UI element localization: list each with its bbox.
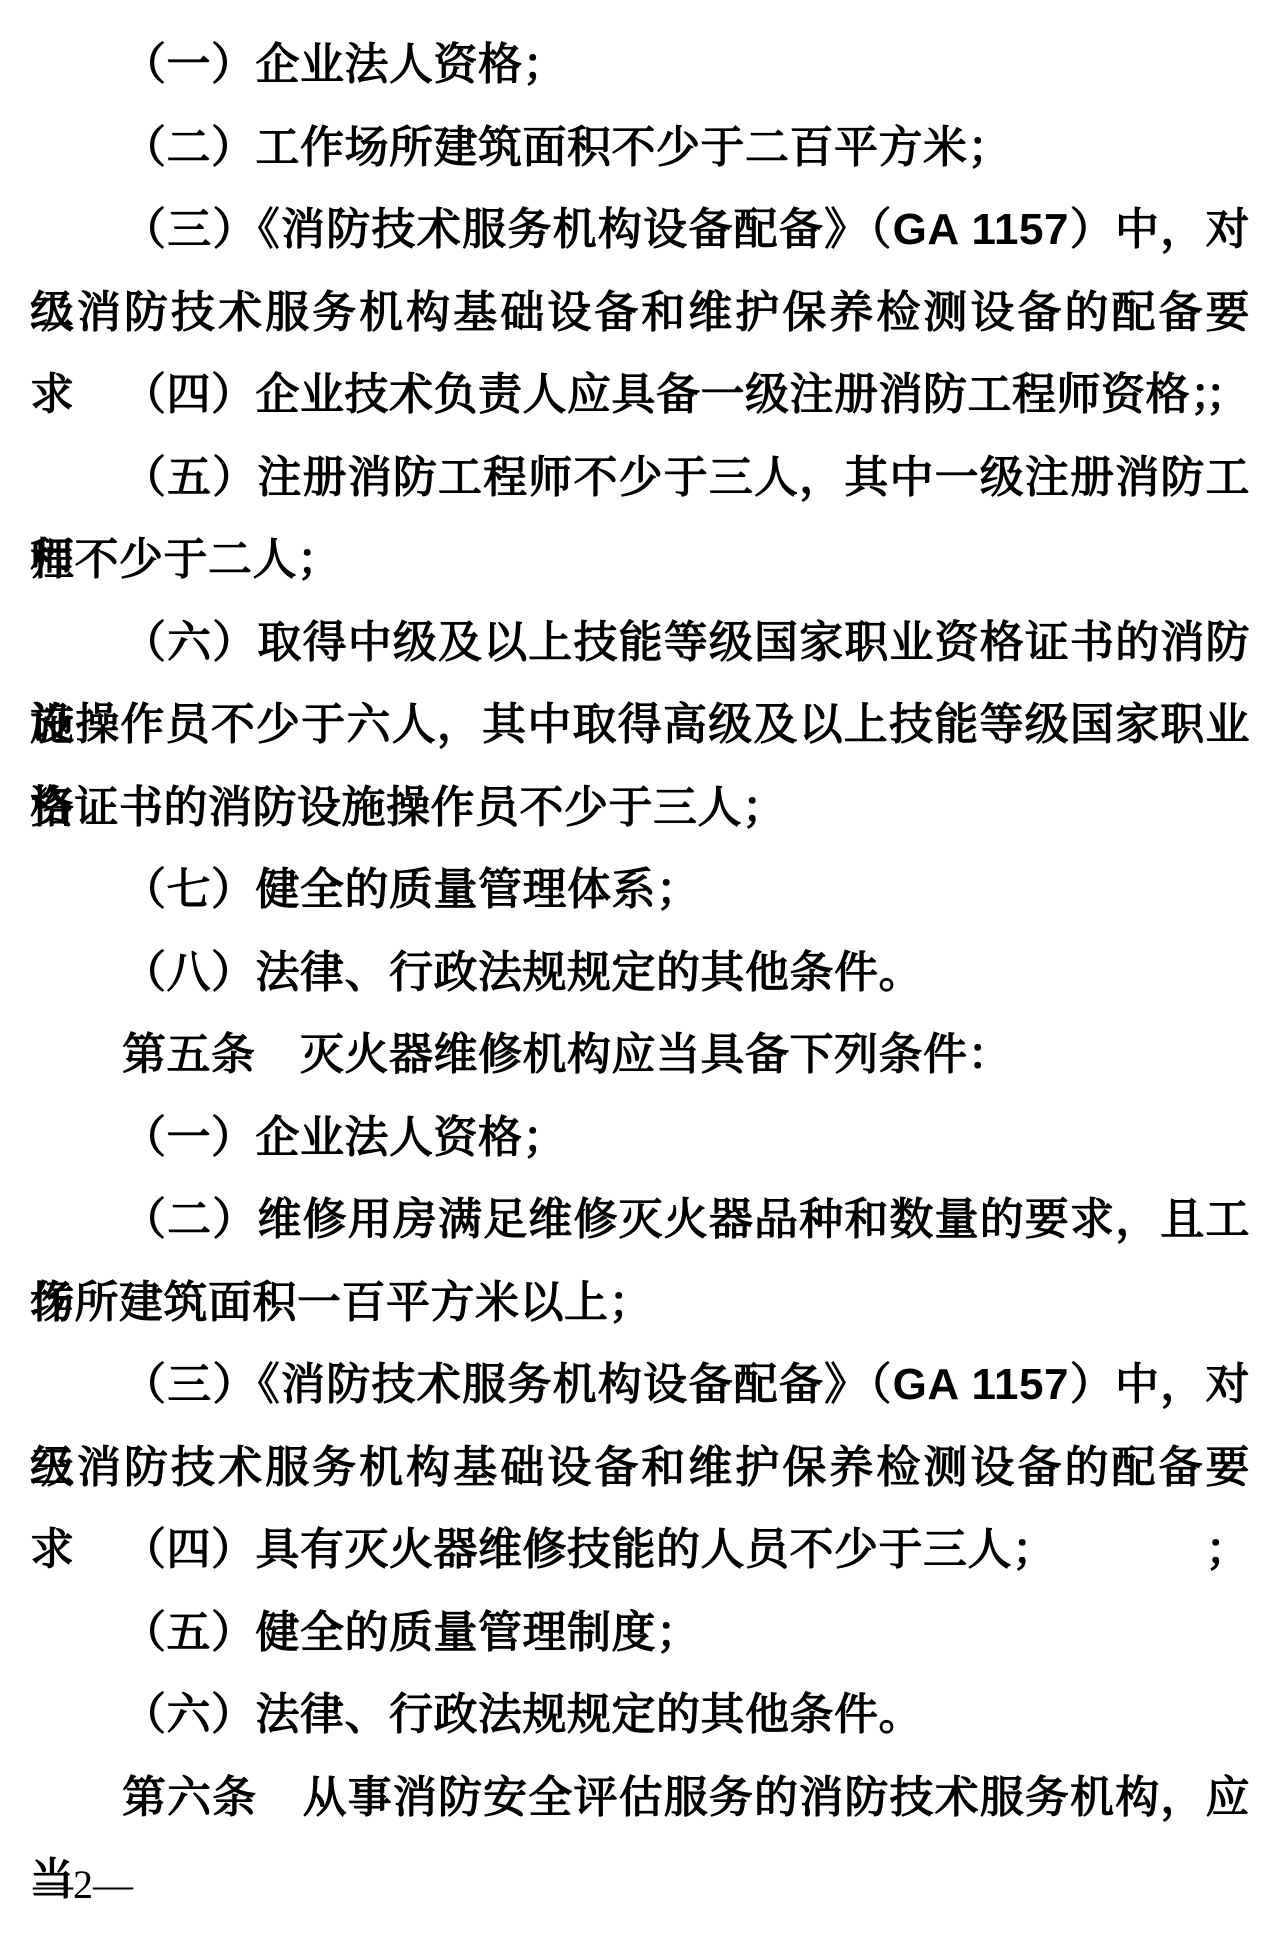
text-line: （六）法律、行政法规规定的其他条件。 — [30, 1674, 1250, 1757]
text-line: 施操作员不少于六人，其中取得高级及以上技能等级国家职业资 — [30, 684, 1250, 767]
text-line: 场所建筑面积一百平方米以上； — [30, 1262, 1250, 1345]
text-line: （四）企业技术负责人应具备一级注册消防工程师资格； — [30, 354, 1250, 437]
text-line: 第六条 从事消防安全评估服务的消防技术服务机构，应当 — [30, 1757, 1250, 1840]
text-line: （三）《消防技术服务机构设备配备》（GA 1157）中，对二 — [30, 189, 1250, 272]
text-line: （五）注册消防工程师不少于三人，其中一级注册消防工程 — [30, 437, 1250, 520]
text-line: 级消防技术服务机构基础设备和维护保养检测设备的配备要求； — [30, 1427, 1250, 1510]
text-line: （二）维修用房满足维修灭火器品种和数量的要求，且工作 — [30, 1179, 1250, 1262]
text-line: 第五条 灭火器维修机构应当具备下列条件： — [30, 1014, 1250, 1097]
text-line: （三）《消防技术服务机构设备配备》（GA 1157）中，对三 — [30, 1344, 1250, 1427]
text-line: （六）取得中级及以上技能等级国家职业资格证书的消防设 — [30, 602, 1250, 685]
text-line: （二）工作场所建筑面积不少于二百平方米； — [30, 107, 1250, 190]
text-line: （七）健全的质量管理体系； — [30, 849, 1250, 932]
text-line: （一）企业法人资格； — [30, 24, 1250, 107]
document-page: （一）企业法人资格；（二）工作场所建筑面积不少于二百平方米；（三）《消防技术服务… — [0, 0, 1280, 1942]
text-line: （八）法律、行政法规规定的其他条件。 — [30, 932, 1250, 1015]
text-line: 师不少于二人； — [30, 519, 1250, 602]
text-line: （一）企业法人资格； — [30, 1097, 1250, 1180]
document-body: （一）企业法人资格；（二）工作场所建筑面积不少于二百平方米；（三）《消防技术服务… — [0, 0, 1280, 1839]
text-line: 格证书的消防设施操作员不少于三人； — [30, 767, 1250, 850]
text-line: （五）健全的质量管理制度； — [30, 1592, 1250, 1675]
text-line: 级消防技术服务机构基础设备和维护保养检测设备的配备要求； — [30, 272, 1250, 355]
page-number: —2— — [33, 1865, 1280, 1905]
